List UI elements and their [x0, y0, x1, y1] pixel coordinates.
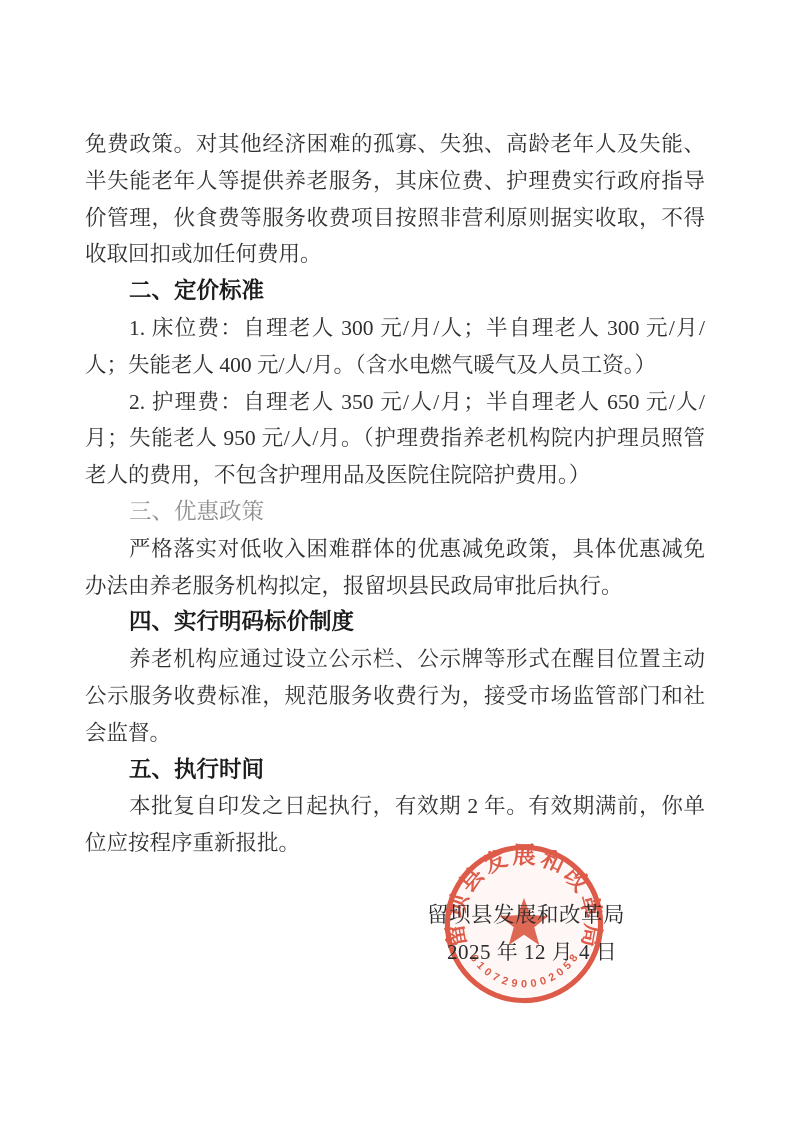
body-line: 1. 床位费：自理老人 300 元/月/人；半自理老人 300 元/月/ [85, 310, 705, 347]
body-line: 严格落实对低收入困难群体的优惠减免政策，具体优惠减免 [85, 531, 705, 568]
signature-agency: 留坝县发展和改革局 [427, 898, 625, 929]
document-text: 免费政策。对其他经济困难的孤寡、失独、高龄老年人及失能、 半失能老年人等提供养老… [85, 126, 705, 862]
body-line: 养老机构应通过设立公示栏、公示牌等形式在醒目位置主动 [85, 641, 705, 678]
section-heading-discount: 三、优惠政策 [85, 494, 705, 531]
body-line: 会监督。 [85, 715, 705, 752]
body-line: 办法由养老服务机构拟定，报留坝县民政局审批后执行。 [85, 568, 705, 605]
body-line: 免费政策。对其他经济困难的孤寡、失独、高龄老年人及失能、 [85, 126, 705, 163]
body-line: 月；失能老人 950 元/人/月。（护理费指养老机构院内护理员照管 [85, 420, 705, 457]
document-page: 免费政策。对其他经济困难的孤寡、失独、高龄老年人及失能、 半失能老年人等提供养老… [0, 0, 793, 1122]
body-line: 老人的费用，不包含护理用品及医院住院陪护费用。） [85, 457, 705, 494]
body-line: 本批复自印发之日起执行，有效期 2 年。有效期满前，你单 [85, 788, 705, 825]
signature-date: 2025 年 12 月 4 日 [447, 936, 617, 966]
body-line: 价管理，伙食费等服务收费项目按照非营利原则据实收取，不得 [85, 200, 705, 237]
section-heading-price-display: 四、实行明码标价制度 [85, 604, 705, 641]
body-line: 人；失能老人 400 元/人/月。（含水电燃气暖气及人员工资。） [85, 347, 705, 384]
body-line: 位应按程序重新报批。 [85, 825, 705, 862]
section-heading-execution: 五、执行时间 [85, 752, 705, 789]
body-line: 公示服务收费标准，规范服务收费行为，接受市场监管部门和社 [85, 678, 705, 715]
body-line: 收取回扣或加任何费用。 [85, 236, 705, 273]
body-line: 2. 护理费：自理老人 350 元/人/月；半自理老人 650 元/人/ [85, 384, 705, 421]
section-heading-pricing: 二、定价标准 [85, 273, 705, 310]
body-line: 半失能老年人等提供养老服务，其床位费、护理费实行政府指导 [85, 163, 705, 200]
